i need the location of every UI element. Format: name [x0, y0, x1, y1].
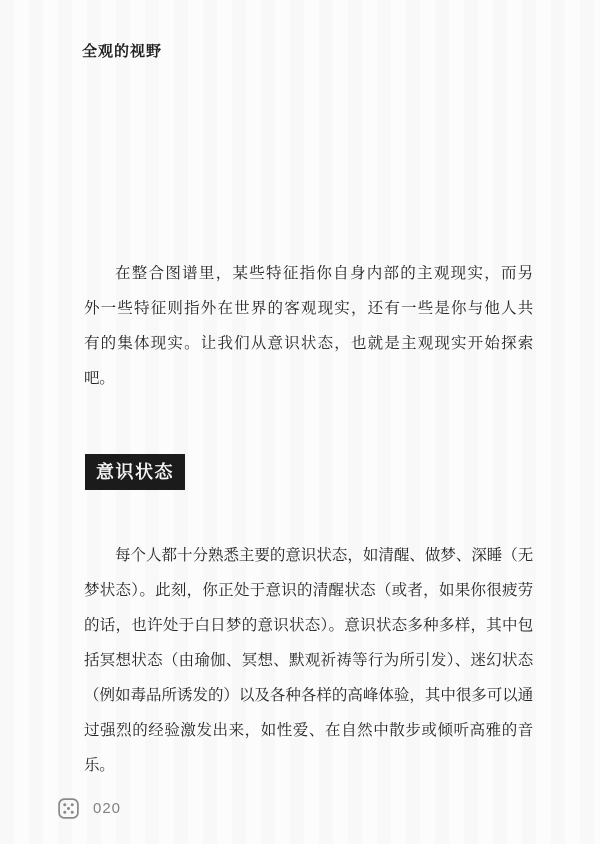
text-line: 过强烈的经验激发出来，如性爱、在自然中散步或倾听高雅的音 — [84, 713, 533, 748]
text-line: 每个人都十分熟悉主要的意识状态，如清醒、做梦、深睡（无 — [84, 538, 533, 573]
page-footer: 020 — [57, 797, 121, 820]
book-page: 全观的视野 在整合图谱里，某些特征指你自身内部的主观现实，而另外一些特征则指外在… — [0, 0, 600, 844]
text-line: 有的集体现实。让我们从意识状态，也就是主观现实开始探索 — [84, 326, 533, 361]
text-line: 的话，也许处于白日梦的意识状态）。意识状态多种多样，其中包 — [84, 608, 533, 643]
text-line: 吧。 — [84, 361, 533, 396]
text-line: 在整合图谱里，某些特征指你自身内部的主观现实，而另 — [84, 256, 533, 291]
paragraph-intro: 在整合图谱里，某些特征指你自身内部的主观现实，而另外一些特征则指外在世界的客观现… — [84, 256, 533, 396]
section-heading: 意识状态 — [85, 454, 185, 490]
dice-icon — [57, 797, 80, 820]
running-header: 全观的视野 — [82, 40, 162, 61]
paragraph-consciousness-states: 每个人都十分熟悉主要的意识状态，如清醒、做梦、深睡（无梦状态）。此刻，你正处于意… — [84, 538, 533, 783]
text-line: 梦状态）。此刻，你正处于意识的清醒状态（或者，如果你很疲劳 — [84, 573, 533, 608]
page-number: 020 — [93, 800, 121, 817]
text-line: （例如毒品所诱发的）以及各种各样的高峰体验，其中很多可以通 — [84, 678, 533, 713]
text-line: 外一些特征则指外在世界的客观现实，还有一些是你与他人共 — [84, 291, 533, 326]
section-heading-label: 意识状态 — [96, 462, 174, 482]
text-line: 乐。 — [84, 748, 533, 783]
text-line: 括冥想状态（由瑜伽、冥想、默观祈祷等行为所引发）、迷幻状态 — [84, 643, 533, 678]
